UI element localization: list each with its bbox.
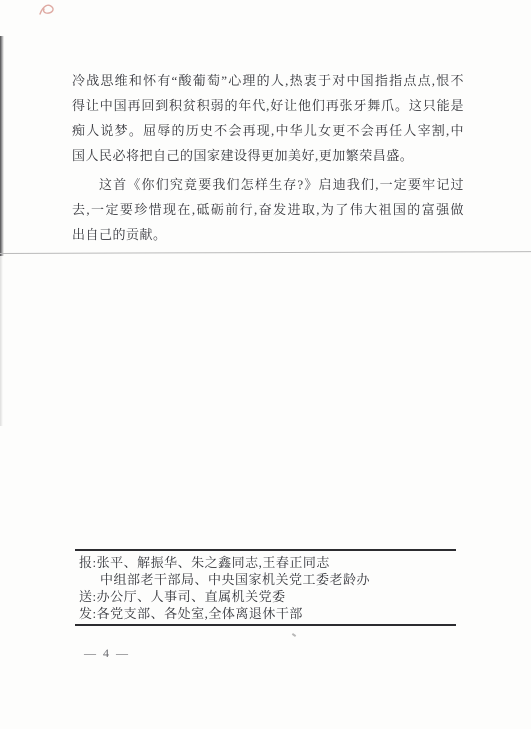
body-text: 冷战思维和怀有“酸葡萄”心理的人,热衷于对中国指指点点,恨不 得让中国再回到积贫…	[72, 68, 464, 247]
body-text-line: 这首《你们究竟要我们怎样生存?》启迪我们,一定要牢记过	[72, 172, 464, 197]
distribution-text: 张平、解振华、朱之鑫同志,王春正同志	[97, 555, 330, 570]
scan-seam-line	[0, 251, 531, 254]
body-text-line: 国人民必将把自己的国家建设得更加美好,更加繁荣昌盛。	[72, 143, 464, 168]
scan-edge-shadow	[0, 36, 4, 256]
scan-edge-shadow-faint	[0, 256, 3, 426]
scan-speck	[292, 633, 296, 637]
distribution-row-send: 送:办公厅、人事司、直属机关党委	[79, 588, 456, 605]
distribution-label: 报:	[79, 555, 97, 570]
distribution-label: 发:	[79, 606, 97, 621]
distribution-block: 报:张平、解振华、朱之鑫同志,王春正同志 中组部老干部局、中央国家机关党工委老龄…	[75, 549, 456, 626]
red-pen-mark	[38, 2, 60, 18]
distribution-label: 送:	[79, 589, 97, 604]
distribution-text: 各党支部、各处室,全体离退休干部	[97, 606, 303, 621]
body-text-line: 出自己的贡献。	[72, 222, 464, 247]
body-text-line: 痴人说梦。屈辱的历史不会再现,中华儿女更不会再任人宰割,中	[72, 118, 464, 143]
body-text-line: 冷战思维和怀有“酸葡萄”心理的人,热衷于对中国指指点点,恨不	[72, 68, 464, 93]
page-number: — 4 —	[84, 646, 130, 661]
distribution-row-issue: 发:各党支部、各处室,全体离退休干部	[79, 605, 456, 622]
distribution-text: 办公厅、人事司、直属机关党委	[97, 589, 286, 604]
scanned-document-page: 冷战思维和怀有“酸葡萄”心理的人,热衷于对中国指指点点,恨不 得让中国再回到积贫…	[0, 0, 531, 729]
body-text-line: 去,一定要珍惜现在,砥砺前行,奋发进取,为了伟大祖国的富强做	[72, 197, 464, 222]
distribution-text: 中组部老干部局、中央国家机关党工委老龄办	[100, 572, 370, 587]
body-text-line: 得让中国再回到积贫积弱的年代,好让他们再张牙舞爪。这只能是	[72, 93, 464, 118]
distribution-row-report-cont: 中组部老干部局、中央国家机关党工委老龄办	[79, 571, 456, 588]
distribution-row-report: 报:张平、解振华、朱之鑫同志,王春正同志	[79, 554, 456, 571]
